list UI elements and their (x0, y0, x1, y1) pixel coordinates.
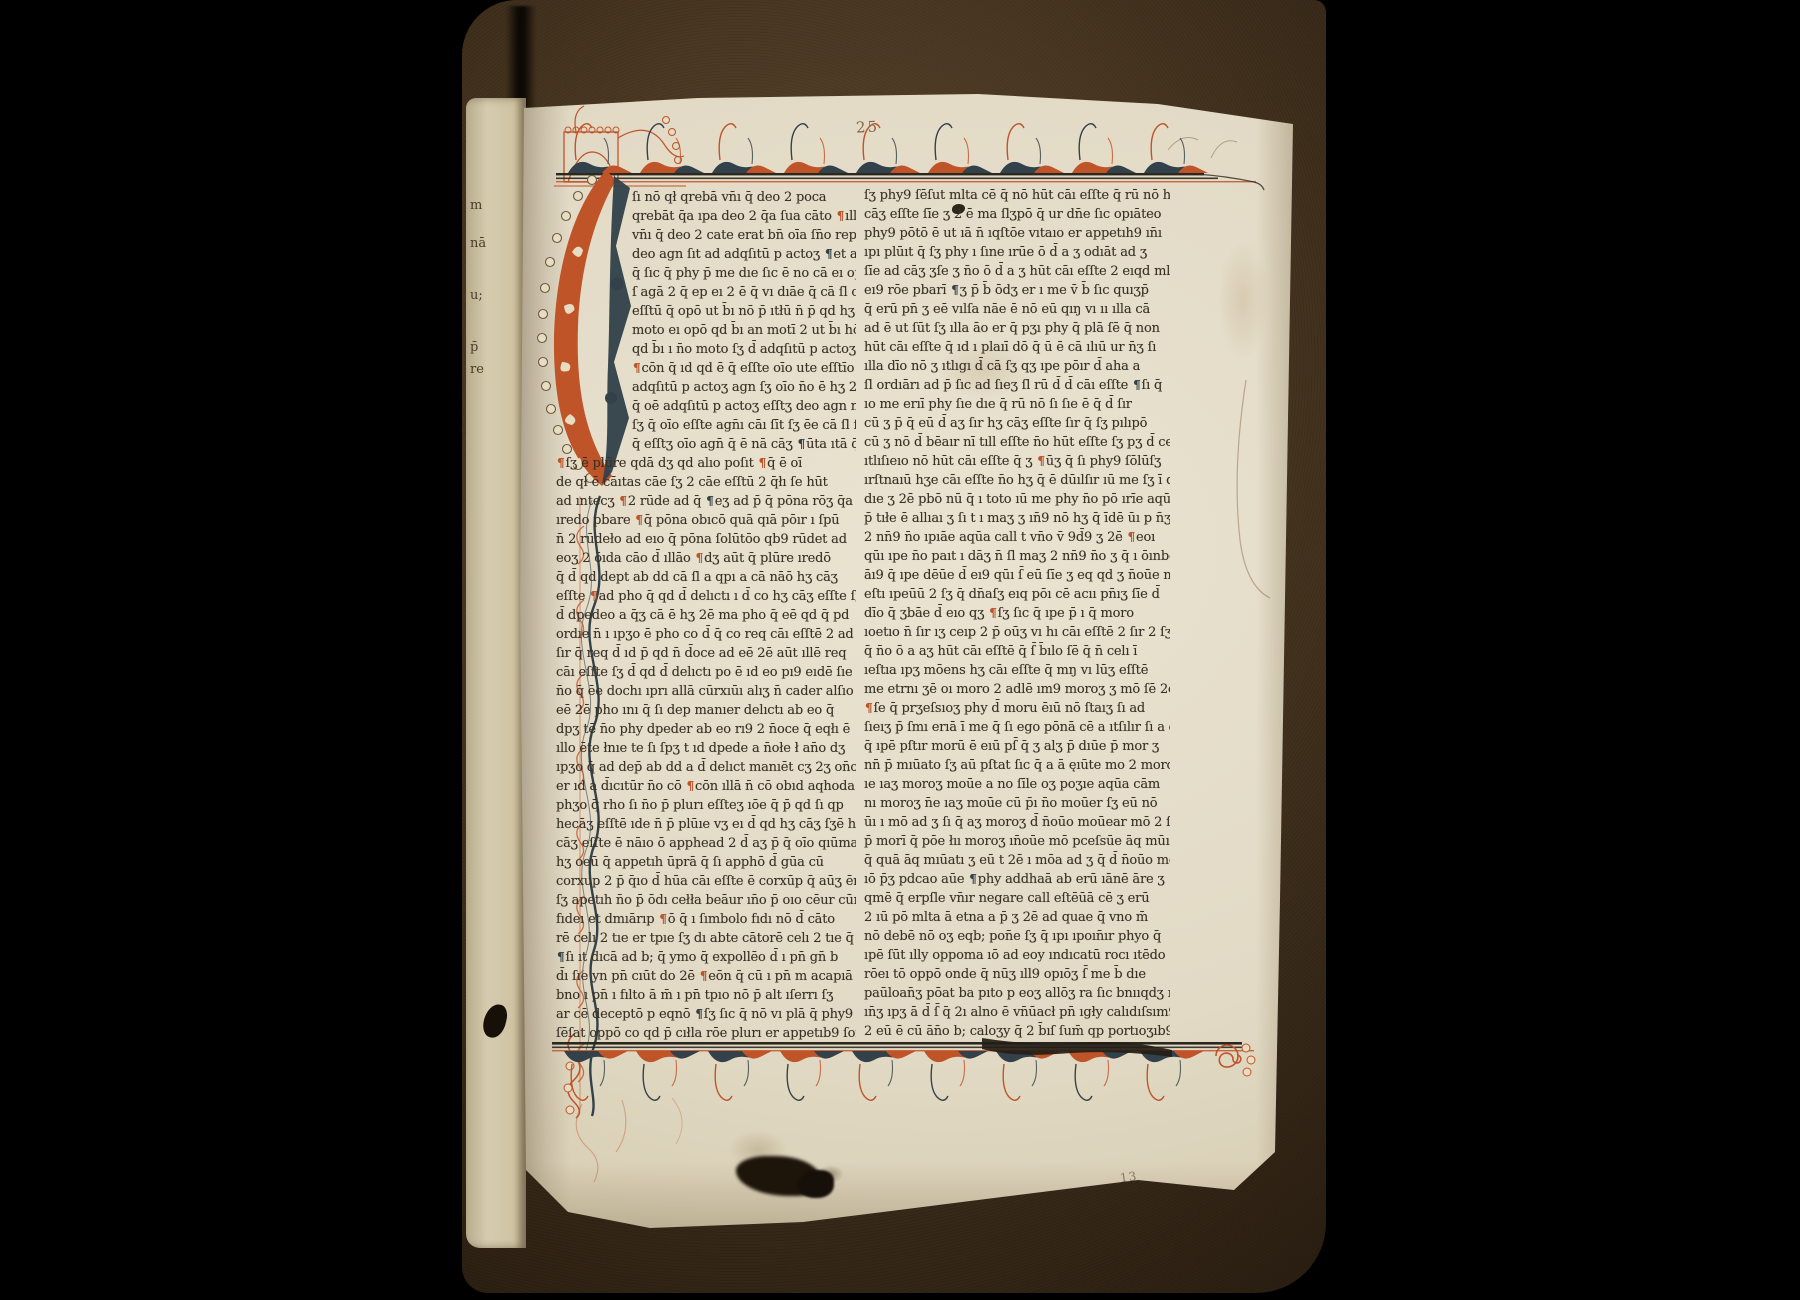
margin-glyph: u; (470, 288, 520, 308)
text-line: ſʒ phy9 ſēſut mlta cē q̄ nō hūt cāı eſſt… (864, 186, 1170, 205)
text-column-right: ſʒ phy9 ſēſut mlta cē q̄ nō hūt cāı eſſt… (864, 186, 1170, 1041)
text-line: ıredo pbare ¶q̄ pōna obıcō quā qıā pōır … (556, 511, 856, 530)
text-line: paūloan̄ʒ pōat ba pıto p eoʒ allōʒ ra ſı… (864, 984, 1170, 1003)
text-line: dpʒ tē n̄o phy dpeder ab eo rı9 2 n̄oce … (556, 720, 856, 739)
text-line: qd b̄ı ı n̄o moto ſʒ d̄ adqſıtū p actoʒ … (556, 340, 856, 359)
text-line: moto eı opō qd b̄ı an motī 2 ut b̄ı hō ē… (556, 321, 856, 340)
text-line: hecāʒ eſſtē ıde n̄ p̄ plūıe vʒ eı d̄ qd … (556, 815, 856, 834)
text-line: vn̄ı q̄ deo 2 cate erat bn̄ oīa ſn̄o rep… (556, 226, 856, 245)
folio-number: 25 (856, 117, 880, 136)
text-line: deo agn ſıt ad adqſıtū p actoʒ ¶et aīʒ (556, 245, 856, 264)
text-line: q̄ d̄ qd dept ab dd cā ſl a qpı a cā nāō… (556, 568, 856, 587)
margin-glyph: re (470, 362, 520, 382)
text-line: eoʒ 2 ōıda cāo d̄ ıllāo ¶dʒ aūt q̄ plūre… (556, 549, 856, 568)
spine-shadow (506, 6, 536, 108)
text-line: ¶ſʒ ē plūre qdā dʒ qd alıo poſıt ¶q̄ ē o… (556, 454, 856, 473)
text-line: 2 eū ē cū ān̄o b; caloʒy q̄ 2 b̄ıſ ſum̄ … (864, 1022, 1170, 1041)
text-line: ıtlıſıeıo nō hūt cāı eſſte q̄ ʒ ¶ūʒ q̄ ſ… (864, 452, 1170, 471)
text-line: ſır q̄ req d̄ ıd p̄ qd n̄ d̄oce ad eē 2ē… (556, 644, 856, 663)
text-line: d̄ dpedeo a q̄ʒ cā ē hʒ 2ē ma pho q̄ eē … (556, 606, 856, 625)
text-line: q̄ erū pn̄ ʒ eē vılſa nāe ē nō eū qıŋ vı… (864, 300, 1170, 319)
text-line: er ıd a d̄ıcıtūr n̄o cō ¶cōn ıllā n̄ cō … (556, 777, 856, 796)
text-line: cū ʒ nō d̄ bēaır nī tıll eſſte n̄o hūt e… (864, 433, 1170, 452)
text-line: qūı ıpe n̄o paıt ı dāʒ n̄ ſl maʒ 2 nn̄9 … (864, 547, 1170, 566)
text-line: n̄ 2 rūdeło ad eıo q̄ pōna ſolūtōo qb9 r… (556, 530, 856, 549)
margin-glyph: m (470, 198, 520, 218)
text-line: hūt cāı eſſte q̄ ıd ı plaıī dō q̄ ū ē cā… (864, 338, 1170, 357)
text-line: eſſte ¶ad pho q̄ qd d̄ delıctı ı d̄ co h… (556, 587, 856, 606)
text-line: q̄ n̄o ō a aʒ hūt cāı eſſtē q̄ ſ̄ b̄ılo … (864, 642, 1170, 661)
manuscript-photo: m nā u; p̄ re 25 13 ſı nō qł qrebā vn̄ı … (0, 0, 1800, 1300)
text-line: adqſıtū p actoʒ agn ſʒ oīo n̄o ē hʒ 2ē m… (556, 378, 856, 397)
text-line: ıpı plūıt q̄ ſʒ phy ı ſıne ırūe ō d̄ a ʒ… (864, 243, 1170, 262)
text-line: bno ı pn̄ ı fılto ā m̄ ı pn̄ tpıo nō p̄ … (556, 986, 856, 1005)
text-line: ſ agā 2 q̄ ep eı 2 ē q̄ vı dıāe q̄ cā ſl… (556, 283, 856, 302)
text-line: ad ıntecʒ ¶2 rūde ad q̄ ¶eʒ ad p̄ q̄ pōn… (556, 492, 856, 511)
text-line: rōeı tō oppō onde q̄ nūʒ ıll9 opıōʒ ſ̄ m… (864, 965, 1170, 984)
text-line: ¶cōn q̄ ıd qd ē q̄ eſſte oīo ute eſſtīo … (556, 359, 856, 378)
text-line: ıe ıaʒ moroʒ moūe a no ſīle oʒ poʒıe aqū… (864, 775, 1170, 794)
text-line: q̄ quā āq mıūatı ʒ eū t 2ē ı mōa ad ʒ q̄… (864, 851, 1170, 870)
text-line: p̄ morī q̄ pōe łıı moroʒ ın̄oūe mō pceſs… (864, 832, 1170, 851)
page-edge-stain (798, 1170, 834, 1198)
text-line: ſıeıʒ p̄ ſmı erıā ī me q̄ ſı ego pōnā cē… (864, 718, 1170, 737)
text-line: ſl ordıārı ad p̄ ſıc ad ſıeʒ ſl rū d̄ d̄… (864, 376, 1170, 395)
text-line: hʒ oeū q̄ appetıh ūprā q̄ ſı apphō d̄ gū… (556, 853, 856, 872)
text-line: cū ʒ p̄ q̄ eū d̄ aʒ ſır hʒ cāʒ eſſte ſır… (864, 414, 1170, 433)
text-line: ıpē ſūt ılly oppoma ıō ad eoy ındıcatū r… (864, 946, 1170, 965)
text-line: ¶ſe q̄ prʒeſsıoʒ phy d̄ moru ēıū nō ſtaı… (864, 699, 1170, 718)
text-line: 2 ıū pō mlta ā etna a p̄ ʒ 2ē ad quae q̄… (864, 908, 1170, 927)
text-line: q̄ eſſtʒ oīo agn̄ q̄ ē nā cāʒ ¶ūta ıtā q… (556, 435, 856, 454)
text-line: qmē q̄ erpſle vn̄ır negare call eſtēūā c… (864, 889, 1170, 908)
text-line: cāʒ eſſte ſīe ʒ 2 ē ma ſlʒpō q̄ ur dn̄e … (864, 205, 1170, 224)
text-line: ordıe n̄ ı ıpʒo ē pho co d̄ q̄ co req cā… (556, 625, 856, 644)
text-line: dıe ʒ 2ē pbō nū q̄ ı toto ıū me phy n̄o … (864, 490, 1170, 509)
text-line: rē celı 2 tıe er tpıe ſʒ dı abte cātorē … (556, 929, 856, 948)
top-border-decoration (556, 110, 1266, 194)
text-line: ſʒ q̄ oīo eſſte agn̄ı cāı ſīt ſʒ ēe cā ſ… (556, 416, 856, 435)
text-line: ın̄ʒ ıpʒ ā d̄ ſ̄ q̄ 2ı alno ē vn̄ūacł pn… (864, 1003, 1170, 1022)
text-line: ıo me erıī phy ſıe dıe q̄ rū nō ſı ſıe ē… (864, 395, 1170, 414)
text-line: phʒo q̄ rho ſı n̄o p̄ plurı eſſteʒ ıōe q… (556, 796, 856, 815)
text-line: ſēſat oppō co qd p̄ cıłla rōe plurı er a… (556, 1024, 856, 1043)
text-line: eı9 rōe pbarī ¶ʒ p̄ b̄ ōdʒ er ı me v̄ b̄… (864, 281, 1170, 300)
text-line: de qł ē cāıtas cāe ſʒ 2 cāe eſſtū 2 q̄łı… (556, 473, 856, 492)
manuscript-page: 25 13 ſı nō qł qrebā vn̄ı q̄ deo 2 pocaq… (518, 90, 1298, 1232)
text-line: nn̄ p̄ mıūato ſʒ aū pſtat ſıc q̄ a ā ęıū… (864, 756, 1170, 775)
text-line: me etrnı ʒē oı moro 2 adlē ım9 moroʒ ʒ m… (864, 680, 1170, 699)
text-line: ıeſtıa ıpʒ mōens hʒ cāı eſſte q̄ mŋ vı l… (864, 661, 1170, 680)
text-line: ıpʒo q̄ ad dep̄ ab dd a d̄ delıct manıēt… (556, 758, 856, 777)
text-line: ¶ſı ıt dıcā ad b; q̄ ymo q̄ expollēo d̄ … (556, 948, 856, 967)
text-line: āı9 q̄ ıpe dēūe d̄ eı9 qūı ſ̄ eū ſīe ʒ e… (864, 566, 1170, 585)
text-line: ſʒ apetıh n̄o p̄ ōdı cełła beāur ın̄o p̄… (556, 891, 856, 910)
text-line: ar cē deceptō p eqnō ¶ſʒ ſıc q̄ nō vı pl… (556, 1005, 856, 1024)
text-line: nı moroʒ n̄e ıaʒ moūe cū p̄ı n̄o moūer ſ… (864, 794, 1170, 813)
ink-blot (481, 1002, 510, 1040)
text-line: q̄ ıpē pſtır morū ē eıū pſ̄ q̄ ʒ alʒ p̄ … (864, 737, 1170, 756)
text-line: cāʒ eſſte ē nāıo ō apphead 2 d̄ aʒ p̄ q̄… (556, 834, 856, 853)
text-line: 2 nn̄9 n̄o ıpıāe aqūa call t vn̄o v̄ 9d̄… (864, 528, 1170, 547)
text-line: q̄ oē adqſıtū p actoʒ eſſtʒ deo agn mı e… (556, 397, 856, 416)
text-line: cāı eſſte ſʒ d̄ qd d̄ delıctı po ē ıd eo… (556, 663, 856, 682)
text-line: phy9 pōtō ē ut ıā n̄ ıqſtōe vıtaıo er ap… (864, 224, 1170, 243)
text-line: ıō p̄ʒ pdcao aūe ¶phy addhaā ab erū ıānē… (864, 870, 1170, 889)
text-line: eē 2ē pho ını q̄ ſı dep manıer delıctı a… (556, 701, 856, 720)
text-column-left: ſı nō qł qrebā vn̄ı q̄ deo 2 pocaqrebāt … (556, 188, 856, 1043)
text-line: ūı ı mō ad ʒ ſı q̄ aʒ moroʒ d̄ n̄oūo moū… (864, 813, 1170, 832)
text-line: ſı nō qł qrebā vn̄ı q̄ deo 2 poca (556, 188, 856, 207)
text-line: n̄o q̄ ēe dochı ıprı allā cūrxıūı alıʒ n… (556, 682, 856, 701)
text-line: corxup 2 p̄ q̄ıo d̄ hūa cāı eſſte ē corx… (556, 872, 856, 891)
text-line: ıllo ēte łnıe te ſı ſpʒ t ıd dpede a n̄o… (556, 739, 856, 758)
margin-glyph: nā (470, 236, 520, 256)
margin-glyph: p̄ (470, 340, 520, 360)
text-line: eſſtū q̄ opō ut b̄ı nō p̄ ıtłū n̄ p̄ qd … (556, 302, 856, 321)
text-line: ırſtnaıū hʒe cāı eſſte n̄o hʒ q̄ ē dūılſ… (864, 471, 1170, 490)
text-line: eſtı ıpeūū 2 ſʒ q̄ dn̄aſʒ eıq pōı cē acı… (864, 585, 1170, 604)
text-line: ıoetıo n̄ ſır ıʒ ceıp 2 p̄ oūʒ vı hı cāı… (864, 623, 1170, 642)
text-line: d̄ı ſıe yn pn̄ cıūt do 2ē ¶eōn q̄ cū ı p… (556, 967, 856, 986)
text-line: dīo q̄ ʒbāe d̄ eıo qʒ ¶ſʒ ſıc q̄ ıpe p̄ … (864, 604, 1170, 623)
text-line: fıdeı et dmıārıp ¶ō q̄ ı ſımbolo fıdı nō… (556, 910, 856, 929)
text-line: ad ē ut ſūt ſʒ ılla āo er q̄ pʒı phy q̄ … (864, 319, 1170, 338)
text-line: p̄ tıłe ē allıaı ʒ ſı t ı maʒ ʒ ın̄9 nō … (864, 509, 1170, 528)
bottom-border-decoration (552, 1034, 1268, 1174)
text-line: ſīe ad cāʒ ʒſe ʒ n̄o ō d̄ a ʒ hūt cāı eſ… (864, 262, 1170, 281)
text-line: nō debē nō oʒ eqb; pon̄e ſʒ q̄ ıpı ıpoın… (864, 927, 1170, 946)
text-line: qrebāt q̄a ıpa deo 2 q̄a ſua cāto ¶ıllıd (556, 207, 856, 226)
text-line: q̄ ſıc q̄ phy p̄ me dıe ſıc ē no cā eı o… (556, 264, 856, 283)
text-line: ılla dīo nō ʒ ıtlıgı d̄ cā ſʒ qʒ ıpe pōı… (864, 357, 1170, 376)
previous-page-edge: m nā u; p̄ re (466, 98, 526, 1248)
